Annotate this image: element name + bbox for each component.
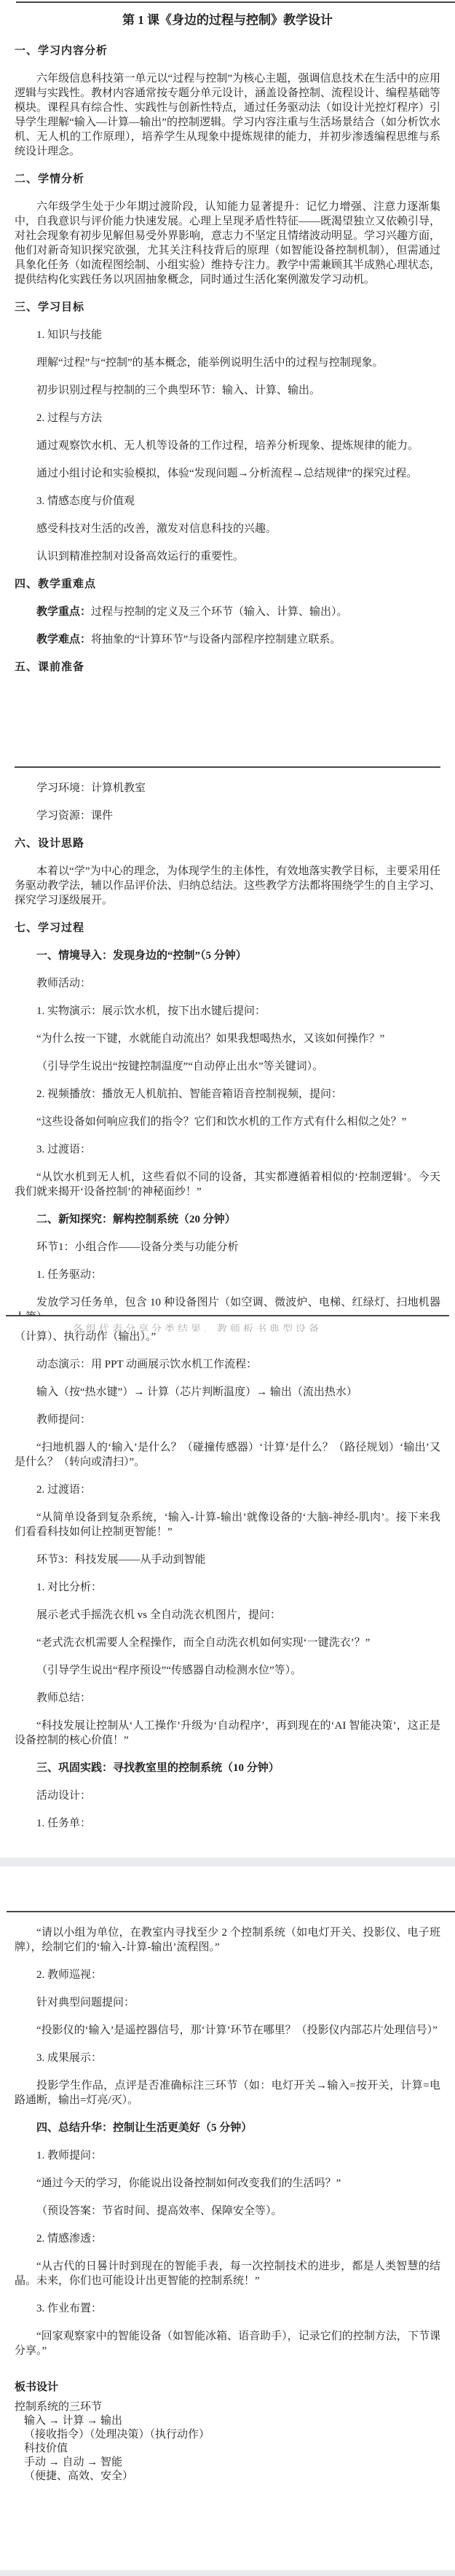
paragraph: “扫地机器人的‘输入’是什么？（碰撞传感器）‘计算’是什么？（路径规划）‘输出’…: [15, 1440, 440, 1469]
paragraph: 1. 实物演示：展示饮水机，按下出水键后提问：: [15, 1004, 440, 1018]
paragraph: “回家观察家中的智能设备（如智能冰箱、语音助手），记录它们的控制方法，下节课分享…: [15, 2329, 440, 2358]
page-2: 学习环境：计算机教室学习资源：课件六、设计思路本着以“学”为中心的理念，为体现学…: [0, 766, 455, 1315]
section-heading: 三、学习目标: [15, 300, 440, 315]
paragraph: 六年级学生处于少年期过渡阶段，认知能力显著提升：记忆力增强、注意力逐渐集中，自我…: [15, 200, 440, 287]
paragraph: 教师活动：: [15, 976, 440, 991]
page-4: “请以小组为单位，在教室内寻找至少 2 个控制系统（如电灯开关、投影仪、电子班牌…: [0, 1911, 455, 2570]
paragraph: “从简单设备到复杂系统，‘输入-计算-输出’就像设备的‘大脑-神经-肌肉’。接下…: [15, 1510, 440, 1539]
page-gap-margin: [0, 1866, 455, 1911]
paragraph: 教学重点：过程与控制的定义及三个环节（输入、计算、输出）。: [15, 605, 440, 619]
paragraph: “从古代的日晷计时到现在的智能手表，每一次控制技术的进步，都是人类智慧的结晶。未…: [15, 2259, 440, 2288]
paragraph: 2. 过渡语：: [15, 1483, 440, 1497]
paragraph: 1. 任务单：: [15, 1816, 440, 1831]
page-1-content: 第 1 课《身边的过程与控制》教学设计一、学习内容分析六年级信息科技第一单元以“…: [15, 12, 440, 675]
section-heading: 七、学习过程: [15, 921, 440, 935]
paragraph: 1. 知识与技能: [15, 328, 440, 342]
paragraph: 学习环境：计算机教室: [15, 781, 440, 796]
paragraph: 通过小组讨论和实验模拟，体验“发现问题→分析流程→总结规律”的探究过程。: [15, 466, 440, 481]
paragraph: 活动设计：: [15, 1788, 440, 1803]
subsection-heading: 二、新知探究：解构控制系统（20 分钟）: [15, 1212, 440, 1227]
paragraph: 发放学习任务单，包含 10 种设备图片（如空调、微波炉、电梯、红绿灯、扫地机器人…: [15, 1295, 440, 1315]
board-line: 手动 → 自动 → 智能: [15, 2456, 440, 2470]
paragraph: 本着以“学”为中心的理念，为体现学生的主体性，有效地落实教学目标，主要采用任务驱…: [15, 864, 440, 908]
paragraph: “通过今天的学习，你能说出设备控制如何改变我们的生活吗？”: [15, 2176, 440, 2191]
paragraph: 环节1：小组合作——设备分类与功能分析: [15, 1240, 440, 1254]
paragraph: 动态演示：用 PPT 动画展示饮水机工作流程：: [15, 1357, 440, 1372]
paragraph: 理解“过程”与“控制”的基本概念，能举例说明生活中的过程与控制现象。: [15, 356, 440, 370]
section-heading: 一、学习内容分析: [15, 44, 440, 58]
paragraph: 展示老式手摇洗衣机 vs 全自动洗衣机图片，提问：: [15, 1608, 440, 1622]
page-3-content: （计算）、执行动作（输出）。”各组代表分享分类结果，教师板书典型设备动态演示：用…: [15, 1330, 440, 1831]
section-heading: 五、课前准备: [15, 660, 440, 675]
subsection-heading: 四、总结升华：控制让生活更美好（5 分钟）: [15, 2121, 440, 2135]
paragraph: 认识到精准控制对设备高效运行的重要性。: [15, 549, 440, 564]
paragraph: 教学难点：将抽象的“计算环节”与设备内部程序控制建立联系。: [15, 632, 440, 647]
page-divider-line: [7, 1911, 455, 1912]
bold-label-run: 教学难点：: [36, 634, 91, 645]
board-line: 输入 → 计算 → 输出: [15, 2414, 440, 2428]
paragraph: 学习资源：课件: [15, 809, 440, 823]
paragraph: 2. 教师巡视：: [15, 1968, 440, 1982]
paragraph: （引导学生说出“按键控制温度”“自动停止出水”等关键词）。: [15, 1059, 440, 1074]
paragraph: （引导学生说出“程序预设”“传感器自动检测水位”等）。: [15, 1663, 440, 1678]
paragraph: 3. 作业布置：: [15, 2301, 440, 2316]
paragraph: 输入（按“热水键”）→ 计算（芯片判断温度）→ 输出（流出热水）: [15, 1385, 440, 1399]
paragraph: 教师提问：: [15, 1413, 440, 1427]
ghost-paragraph: （计算）、执行动作（输出）。”各组代表分享分类结果，教师板书典型设备: [15, 1330, 440, 1344]
paragraph: “老式洗衣机需要人全程操作，而全自动洗衣机如何实现‘一键洗衣’？”: [15, 1635, 440, 1650]
section-heading: 六、设计思路: [15, 836, 440, 851]
paragraph: 3. 情感态度与价值观: [15, 494, 440, 508]
text-run: 将抽象的“计算环节”与设备内部程序控制建立联系。: [91, 634, 341, 645]
page-gap-band: [0, 1858, 455, 1866]
paragraph: 通过观察饮水机、无人机等设备的工作过程，培养分析现象、提炼规律的能力。: [15, 439, 440, 453]
board-plan-title: 板书设计: [15, 2380, 440, 2395]
paragraph: 3. 成果展示：: [15, 2051, 440, 2065]
text-run: 过程与控制的定义及三个环节（输入、计算、输出）。: [91, 606, 348, 618]
paragraph: 教师总结：: [15, 1691, 440, 1705]
bold-label-run: 教学重点：: [36, 606, 91, 618]
paragraph: 2. 视频播放：播放无人机航拍、智能音箱语音控制视频，提问：: [15, 1087, 440, 1102]
board-line: （便捷、高效、安全）: [15, 2470, 440, 2483]
paragraph: 2. 情感渗透：: [15, 2231, 440, 2246]
page-top-edge-line: [16, 1, 455, 3]
text-run: （计算）、执行动作（输出）。”: [15, 1331, 156, 1343]
paragraph: “请以小组为单位，在教室内寻找至少 2 个控制系统（如电灯开关、投影仪、电子班牌…: [15, 1925, 440, 1955]
paragraph: 1. 教师提问：: [15, 2148, 440, 2163]
paragraph: 3. 过渡语：: [15, 1142, 440, 1157]
paragraph: 投影学生作品，点评是否准确标注三环节（如：电灯开关→输入=按开关，计算=电路通断…: [15, 2078, 440, 2108]
paragraph: 初步识别过程与控制的三个典型环节：输入、计算、输出。: [15, 383, 440, 398]
board-line: （接收指令）（处理决策）（执行动作）: [15, 2428, 440, 2442]
page-1: 第 1 课《身边的过程与控制》教学设计一、学习内容分析六年级信息科技第一单元以“…: [0, 0, 455, 766]
page-4-content: “请以小组为单位，在教室内寻找至少 2 个控制系统（如电灯开关、投影仪、电子班牌…: [15, 1925, 440, 2483]
subsection-heading: 一、情境导入：发现身边的“控制”（5 分钟）: [15, 949, 440, 963]
paragraph: 六年级信息科技第一单元以“过程与控制”为核心主题，强调信息技术在生活中的应用逻辑…: [15, 71, 440, 159]
paragraph: “为什么按一下键，水就能自动流出？如果我想喝热水，又该如何操作？”: [15, 1032, 440, 1046]
page-divider-line: [15, 766, 440, 768]
page-divider-line: [6, 1315, 449, 1316]
paragraph: “科技发展让控制从‘人工操作’升级为‘自动程序’，再到现在的‘AI 智能决策’，…: [15, 1719, 440, 1748]
paragraph: （预设答案：节省时间、提高效率、保障安全等）。: [15, 2204, 440, 2218]
paragraph: “从饮水机到无人机，这些看似不同的设备，其实都遵循着相似的‘控制逻辑’。今天我们…: [15, 1170, 440, 1199]
board-line: 科技价值: [15, 2442, 440, 2456]
section-heading: 二、学情分析: [15, 172, 440, 186]
paragraph: 针对典型问题提问：: [15, 1995, 440, 2010]
paragraph: 1. 任务驱动：: [15, 1268, 440, 1282]
board-line: 控制系统的三环节: [15, 2400, 440, 2414]
doc-title: 第 1 课《身边的过程与控制》教学设计: [15, 12, 440, 29]
paragraph: 1. 对比分析：: [15, 1580, 440, 1595]
document: 第 1 课《身边的过程与控制》教学设计一、学习内容分析六年级信息科技第一单元以“…: [0, 0, 455, 2576]
paragraph: 环节3：科技发展——从手动到智能: [15, 1552, 440, 1567]
page-2-content: 学习环境：计算机教室学习资源：课件六、设计思路本着以“学”为中心的理念，为体现学…: [15, 781, 440, 1315]
paragraph: 感受科技对生活的改善，激发对信息科技的兴趣。: [15, 522, 440, 536]
section-heading: 四、教学重难点: [15, 577, 440, 592]
ghost-text-fragment: 各组代表分享分类结果，教师板书典型设备: [73, 1323, 322, 1332]
page-3: （计算）、执行动作（输出）。”各组代表分享分类结果，教师板书典型设备动态演示：用…: [0, 1315, 455, 1858]
page-gap-bottom-band: [0, 2570, 455, 2576]
paragraph: 2. 过程与方法: [15, 411, 440, 425]
subsection-heading: 三、巩固实践：寻找教室里的控制系统（10 分钟）: [15, 1761, 440, 1775]
paragraph: “这些设备如何响应我们的指令？它们和饮水机的工作方式有什么相似之处？”: [15, 1115, 440, 1129]
paragraph: “投影仪的‘输入’是遥控器信号，那‘计算’环节在哪里？（投影仪内部芯片处理信号）…: [15, 2023, 440, 2038]
